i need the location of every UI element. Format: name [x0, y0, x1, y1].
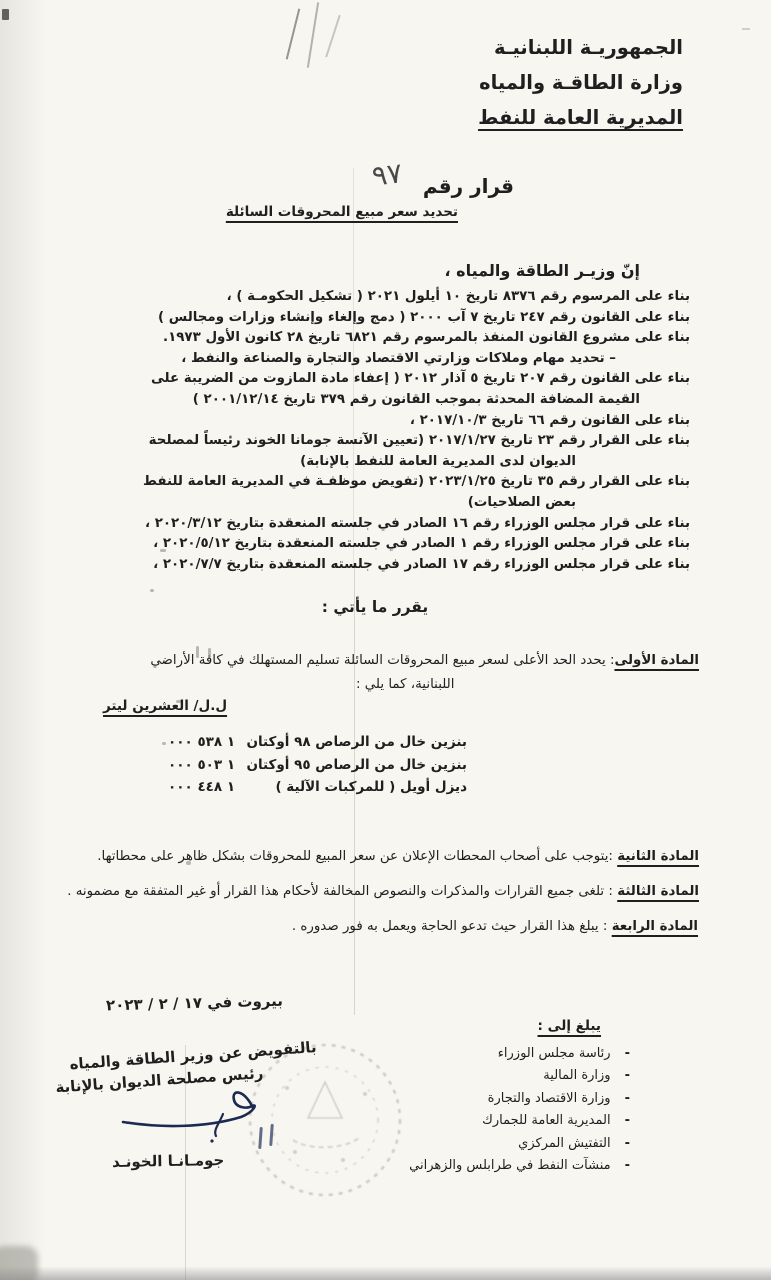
- official-stamp: [247, 1042, 403, 1198]
- article-1-text: : يحدد الحد الأعلى لسعر مبيع المحروقات ا…: [150, 653, 614, 668]
- signature-ink: [105, 1078, 265, 1148]
- preamble-clause: بناء على القانون رقم ٢٠٧ تاريخ ٥ آذار ٢٠…: [76, 369, 690, 390]
- letterhead-ministry: وزارة الطاقـة والمياه: [478, 65, 683, 100]
- article-1: المادة الأولى: يحدد الحد الأعلى لسعر مبي…: [150, 650, 699, 671]
- scan-edge-left: [0, 0, 46, 1280]
- distribution-list: -رئاسة مجلس الوزراء -وزارة المالية -وزار…: [409, 1043, 630, 1177]
- scan-mark-topleft: [2, 9, 9, 20]
- preamble-clause: بناء على قرار مجلس الوزراء رقم ١٦ الصادر…: [76, 514, 690, 535]
- article-4: المادة الرابعة : يبلغ هذا القرار حيث تدع…: [292, 916, 698, 937]
- preamble-clause: بناء على القانون رقم ٢٤٧ تاريخ ٧ آب ٢٠٠٠…: [76, 308, 690, 329]
- price-row-value: ١ ٤٤٨ ٠٠٠: [168, 779, 250, 795]
- article-4-text: : يبلغ هذا القرار حيث تدعو الحاجة ويعمل …: [292, 919, 608, 934]
- dash-icon: -: [625, 1088, 630, 1110]
- distribution-item: -وزارة المالية: [409, 1065, 630, 1087]
- decision-lead: يقرر ما يأتي :: [295, 598, 455, 616]
- preamble-clauses: بناء على المرسوم رقم ٨٣٧٦ تاريخ ١٠ أيلول…: [76, 287, 690, 575]
- scan-streak: [286, 9, 301, 60]
- decree-subject: تحديد سعر مبيع المحروقات السائلة: [260, 204, 458, 220]
- distribution-item-label: رئاسة مجلس الوزراء: [498, 1046, 611, 1061]
- letterhead-directorate: المديرية العامة للنفط: [478, 100, 683, 135]
- scan-streak: [307, 2, 319, 67]
- stamp-graphic: [247, 1042, 403, 1198]
- distribution-item: -منشآت النفط في طرابلس والزهراني: [409, 1155, 630, 1177]
- distribution-item: -المديرية العامة للجمارك: [409, 1110, 630, 1132]
- distribution-item-label: التفتيش المركزي: [518, 1136, 610, 1151]
- preamble-clause: بناء على المرسوم رقم ٨٣٧٦ تاريخ ١٠ أيلول…: [76, 287, 690, 308]
- preamble-clause: بناء على قرار مجلس الوزراء رقم ١ الصادر …: [76, 534, 690, 555]
- article-3: المادة الثالثة : تلغى جميع القرارات والم…: [67, 881, 699, 902]
- price-unit-label: ل.ل/ العشرين ليتر: [103, 698, 227, 714]
- stamp-emblem: [308, 1082, 342, 1118]
- scan-speck: [150, 589, 154, 592]
- distribution-item: -التفتيش المركزي: [409, 1133, 630, 1155]
- dash-icon: -: [625, 1065, 630, 1087]
- article-1-text-line2: اللبنانية، كما يلي :: [356, 674, 454, 695]
- preamble-clause: الديوان لدى المديرية العامة للنفط بالإنا…: [76, 452, 576, 473]
- preamble-clause: – تحديد مهام وملاكات وزارتي الاقتصاد وال…: [76, 349, 616, 370]
- document-page: الجمهوريـة اللبنانيـة وزارة الطاقـة والم…: [0, 0, 771, 1280]
- preamble-clause: القيمة المضافة المحدثة بموجب القانون رقم…: [76, 390, 640, 411]
- letterhead: الجمهوريـة اللبنانيـة وزارة الطاقـة والم…: [478, 30, 683, 135]
- price-row-label: بنزين خال من الرصاص ٩٨ أوكتان: [246, 734, 467, 750]
- article-4-label: المادة الرابعة: [612, 919, 698, 934]
- scan-edge-bottom: [0, 1266, 771, 1280]
- price-row-value: ١ ٥٣٨ ٠٠٠: [168, 734, 250, 750]
- distribution-item: -وزارة الاقتصاد والتجارة: [409, 1088, 630, 1110]
- preamble-clause: بناء على القرار رقم ٣٥ تاريخ ٢٠٢٣/١/٢٥ (…: [76, 472, 690, 493]
- price-row-label: ديزل أويل ( للمركبات الآلية ): [275, 779, 467, 795]
- dash-icon: -: [625, 1110, 630, 1132]
- decree-title: قرار رقم: [423, 174, 514, 198]
- article-2: المادة الثانية :يتوجب على أصحاب المحطات …: [97, 846, 699, 867]
- article-3-text: : تلغى جميع القرارات والمذكرات والنصوص ا…: [67, 884, 613, 899]
- scan-speck: [162, 742, 166, 745]
- price-row-label: بنزين خال من الرصاص ٩٥ أوكتان: [246, 757, 467, 773]
- distribution-item-label: وزارة الاقتصاد والتجارة: [488, 1091, 611, 1106]
- scan-streak: [742, 28, 750, 30]
- article-2-text: :يتوجب على أصحاب المحطات الإعلان عن سعر …: [97, 849, 613, 864]
- scan-streak: [325, 15, 340, 57]
- distribution-item-label: وزارة المالية: [543, 1068, 610, 1083]
- article-1-label: المادة الأولى: [614, 653, 699, 668]
- signer-name: جومـانـا الخونـد: [112, 1151, 225, 1171]
- dateline: بيروت في ١٧ / ٢ / ٢٠٢٣: [106, 992, 283, 1015]
- article-3-label: المادة الثالثة: [617, 884, 699, 899]
- preamble-clause: بناء على مشروع القانون المنفذ بالمرسوم ر…: [76, 328, 690, 349]
- preamble-clause: بناء على قرار مجلس الوزراء رقم ١٧ الصادر…: [76, 555, 690, 576]
- distribution-item: -رئاسة مجلس الوزراء: [409, 1043, 630, 1065]
- preamble-clause: بناء على القرار رقم ٢٣ تاريخ ٢٠١٧/١/٢٧ (…: [76, 431, 690, 452]
- dash-icon: -: [625, 1043, 630, 1065]
- preamble-clause: بناء على القانون رقم ٦٦ تاريخ ٢٠١٧/١٠/٣ …: [76, 411, 690, 432]
- distribution-item-label: منشآت النفط في طرابلس والزهراني: [409, 1158, 610, 1173]
- letterhead-republic: الجمهوريـة اللبنانيـة: [478, 30, 683, 65]
- dash-icon: -: [625, 1133, 630, 1155]
- preamble-clause: بعض الصلاحيات): [76, 493, 576, 514]
- dash-icon: -: [625, 1155, 630, 1177]
- scan-corner-blob: [0, 1246, 38, 1280]
- price-row-value: ١ ٥٠٣ ٠٠٠: [168, 757, 250, 773]
- decree-number-handwritten: ٩٧: [370, 156, 404, 192]
- article-2-label: المادة الثانية: [617, 849, 699, 864]
- distribution-heading: يبلغ إلى :: [538, 1018, 601, 1034]
- distribution-item-label: المديرية العامة للجمارك: [482, 1113, 610, 1128]
- preamble-intro: إنّ وزيـر الطاقة والمياه ،: [445, 261, 641, 280]
